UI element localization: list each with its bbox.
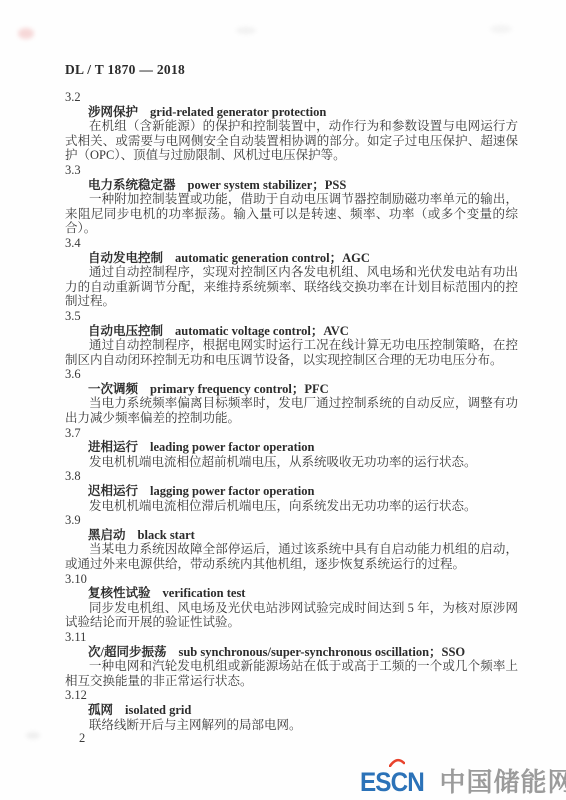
- term-heading: 孤网isolated grid: [65, 703, 518, 718]
- term-english: primary frequency control；PFC: [150, 382, 329, 396]
- section-number: 3.6: [65, 367, 518, 382]
- term-english: grid-related generator protection: [150, 105, 326, 119]
- term-chinese: 电力系统稳定器: [88, 178, 176, 192]
- section-number: 3.2: [65, 90, 518, 105]
- definition-section: 3.5 自动电压控制automatic voltage control；AVC …: [65, 309, 518, 367]
- definition-section: 3.4 自动发电控制automatic generation control；A…: [65, 236, 518, 309]
- section-number: 3.4: [65, 236, 518, 251]
- standard-code-header: DL / T 1870 — 2018: [65, 62, 518, 78]
- definition-section: 3.8 迟相运行lagging power factor operation 发…: [65, 469, 518, 513]
- section-number: 3.8: [65, 469, 518, 484]
- term-chinese: 迟相运行: [88, 484, 138, 498]
- term-heading: 迟相运行lagging power factor operation: [65, 484, 518, 499]
- escn-logo-chinese-text: 中国储能网: [439, 762, 566, 799]
- term-english: verification test: [163, 586, 246, 600]
- page-content: DL / T 1870 — 2018 3.2 涉网保护grid-related …: [65, 62, 518, 732]
- term-chinese: 一次调频: [88, 382, 138, 396]
- term-english: leading power factor operation: [150, 440, 314, 454]
- term-chinese: 涉网保护: [88, 105, 138, 119]
- term-english: power system stabilizer；PSS: [188, 178, 347, 192]
- escn-logo-text: ESCN: [360, 767, 424, 798]
- term-definition: 当电力系统频率偏离目标频率时，发电厂通过控制系统的自动反应，调整有功出力减少频率…: [65, 396, 518, 425]
- term-english: automatic voltage control；AVC: [175, 324, 349, 338]
- term-definition: 通过自动控制程序，实现对控制区内各发电机组、风电场和光伏发电站有功出力的自动重新…: [65, 265, 518, 309]
- term-chinese: 复核性试验: [88, 586, 151, 600]
- definition-section: 3.7 进相运行leading power factor operation 发…: [65, 426, 518, 470]
- term-definition: 发电机机端电流相位超前机端电压，从系统吸收无功功率的运行状态。: [65, 455, 518, 470]
- term-english: black start: [138, 528, 195, 542]
- section-number: 3.11: [65, 630, 518, 645]
- section-number: 3.10: [65, 572, 518, 587]
- definition-section: 3.11 次/超同步振荡sub synchronous/super-synchr…: [65, 630, 518, 688]
- term-heading: 一次调频primary frequency control；PFC: [65, 382, 518, 397]
- term-heading: 自动电压控制automatic voltage control；AVC: [65, 324, 518, 339]
- term-definition: 一种附加控制装置或功能，借助于自动电压调节器控制励磁功率单元的输出，来阻尼同步电…: [65, 192, 518, 236]
- term-definition: 在机组（含新能源）的保护和控制装置中，动作行为和参数设置与电网运行方式相关、或需…: [65, 119, 518, 163]
- scan-smudge: [490, 25, 512, 33]
- term-chinese: 自动电压控制: [88, 324, 163, 338]
- term-heading: 进相运行leading power factor operation: [65, 440, 518, 455]
- term-english: automatic generation control；AGC: [175, 251, 370, 265]
- scan-smudge: [236, 27, 256, 34]
- section-number: 3.5: [65, 309, 518, 324]
- term-heading: 次/超同步振荡sub synchronous/super-synchronous…: [65, 645, 518, 660]
- term-english: lagging power factor operation: [150, 484, 314, 498]
- page-number: 2: [79, 731, 85, 746]
- definition-section: 3.12 孤网isolated grid 联络线断开后与主网解列的局部电网。: [65, 688, 518, 732]
- term-definition: 发电机机端电流相位滞后机端电压，向系统发出无功功率的运行状态。: [65, 499, 518, 514]
- escn-watermark-logo: ESCN 中国储能网: [360, 762, 566, 799]
- term-definition: 通过自动控制程序，根据电网实时运行工况在线计算无功电压控制策略，在控制区内自动闭…: [65, 338, 518, 367]
- term-heading: 涉网保护grid-related generator protection: [65, 105, 518, 120]
- term-chinese: 进相运行: [88, 440, 138, 454]
- term-heading: 电力系统稳定器power system stabilizer；PSS: [65, 178, 518, 193]
- definition-section: 3.10 复核性试验verification test 同步发电机组、风电场及光…: [65, 572, 518, 630]
- term-heading: 复核性试验verification test: [65, 586, 518, 601]
- term-heading: 自动发电控制automatic generation control；AGC: [65, 251, 518, 266]
- scan-smudge-pink: [18, 28, 34, 39]
- term-heading: 黑启动black start: [65, 528, 518, 543]
- term-chinese: 自动发电控制: [88, 251, 163, 265]
- term-definition: 一种电网和汽轮发电机组或新能源场站在低于或高于工频的一个或几个频率上相互交换能量…: [65, 659, 518, 688]
- definition-section: 3.6 一次调频primary frequency control；PFC 当电…: [65, 367, 518, 425]
- term-english: isolated grid: [125, 703, 191, 717]
- section-number: 3.12: [65, 688, 518, 703]
- section-number: 3.3: [65, 163, 518, 178]
- term-definition: 同步发电机组、风电场及光伏电站涉网试验完成时间达到 5 年，为核对原涉网试验结论…: [65, 601, 518, 630]
- section-number: 3.7: [65, 426, 518, 441]
- definition-section: 3.9 黑启动black start 当某电力系统因故障全部停运后，通过该系统中…: [65, 513, 518, 571]
- term-chinese: 次/超同步振荡: [88, 645, 166, 659]
- term-chinese: 黑启动: [88, 528, 126, 542]
- definition-section: 3.2 涉网保护grid-related generator protectio…: [65, 90, 518, 163]
- definitions-list: 3.2 涉网保护grid-related generator protectio…: [65, 90, 518, 732]
- section-number: 3.9: [65, 513, 518, 528]
- term-chinese: 孤网: [88, 703, 113, 717]
- term-definition: 联络线断开后与主网解列的局部电网。: [65, 718, 518, 733]
- term-english: sub synchronous/super-synchronous oscill…: [178, 645, 465, 659]
- scan-smudge: [26, 732, 40, 739]
- definition-section: 3.3 电力系统稳定器power system stabilizer；PSS 一…: [65, 163, 518, 236]
- logo-red-accent-icon: [389, 758, 405, 767]
- document-page: DL / T 1870 — 2018 3.2 涉网保护grid-related …: [0, 0, 566, 800]
- term-definition: 当某电力系统因故障全部停运后，通过该系统中具有自启动能力机组的启动，或通过外来电…: [65, 542, 518, 571]
